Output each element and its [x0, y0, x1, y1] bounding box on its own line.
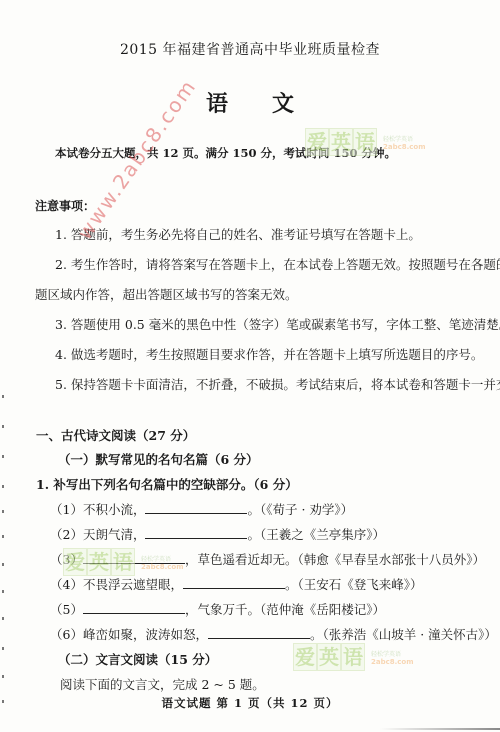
- fill-item-6: （6）峰峦如聚，波涛如怒，。（张养浩《山坡羊 · 潼关怀古》）: [50, 627, 497, 643]
- subject-title: 语文: [0, 87, 500, 118]
- notice-item-1: 1. 答题前，考生务必先将自己的姓名、准考证号填写在答题卡上。: [55, 227, 421, 243]
- notice-item-3: 3. 答题使用 0.5 毫米的黑色中性（签字）笔或碳素笔书写，字体工整、笔迹清楚…: [55, 317, 500, 333]
- logo-watermark-bottom: 爱 英 语 轻松学英语 2abc8.com: [293, 643, 414, 671]
- fill-item-2: （2）天朗气清，。（王羲之《兰亭集序》）: [50, 527, 385, 543]
- page-edge-shadow: [380, 728, 500, 730]
- answer-blank-4[interactable]: [183, 577, 285, 589]
- part2-heading: （二）文言文阅读（15 分）: [58, 652, 217, 668]
- answer-blank-6[interactable]: [208, 627, 310, 639]
- answer-blank-2[interactable]: [145, 527, 247, 539]
- fill-item-5: （5），气象万千。（范仲淹《岳阳楼记》）: [50, 602, 385, 618]
- page-footer: 语文试题 第 1 页（共 12 页）: [0, 695, 500, 711]
- answer-blank-5[interactable]: [83, 602, 185, 614]
- exam-title: 2015 年福建省普通高中毕业班质量检查: [0, 39, 500, 59]
- section-heading: 一、古代诗文阅读（27 分）: [36, 428, 195, 444]
- logo-watermark-middle: 爱 英 语 轻松学英语 2abc8.com: [63, 548, 184, 576]
- question-1: 1. 补写出下列名句名篇中的空缺部分。（6 分）: [36, 477, 298, 493]
- notice-item-4: 4. 做选考题时，考生按照题目要求作答，并在答题卡上填写所选题目的序号。: [55, 347, 483, 363]
- exam-page: 2015 年福建省普通高中毕业班质量检查 语文 本试卷分五大题，共 12 页。满…: [0, 0, 500, 732]
- notice-item-2-cont: 题区域内作答，超出答题区域书写的答案无效。: [35, 287, 298, 303]
- part1-heading: （一）默写常见的名句名篇（6 分）: [58, 452, 259, 468]
- answer-blank-1[interactable]: [145, 502, 247, 514]
- notice-item-5: 5. 保持答题卡卡面清洁，不折叠，不破损。考试结束后，将本试卷和答题卡一并交回。: [55, 377, 500, 393]
- fill-item-1: （1）不积小流，。（《荀子 · 劝学》）: [50, 502, 353, 518]
- part2-instruction: 阅读下面的文言文，完成 2 ~ 5 题。: [60, 677, 265, 693]
- logo-watermark-top: 爱 英 语 轻松学英语 2abc8.com: [305, 128, 426, 156]
- fill-item-4: （4）不畏浮云遮望眼，。（王安石《登飞来峰》）: [50, 577, 422, 593]
- notice-item-2: 2. 考生作答时，请将答案写在答题卡上，在本试卷上答题无效。按照题号在各题的答: [55, 257, 500, 273]
